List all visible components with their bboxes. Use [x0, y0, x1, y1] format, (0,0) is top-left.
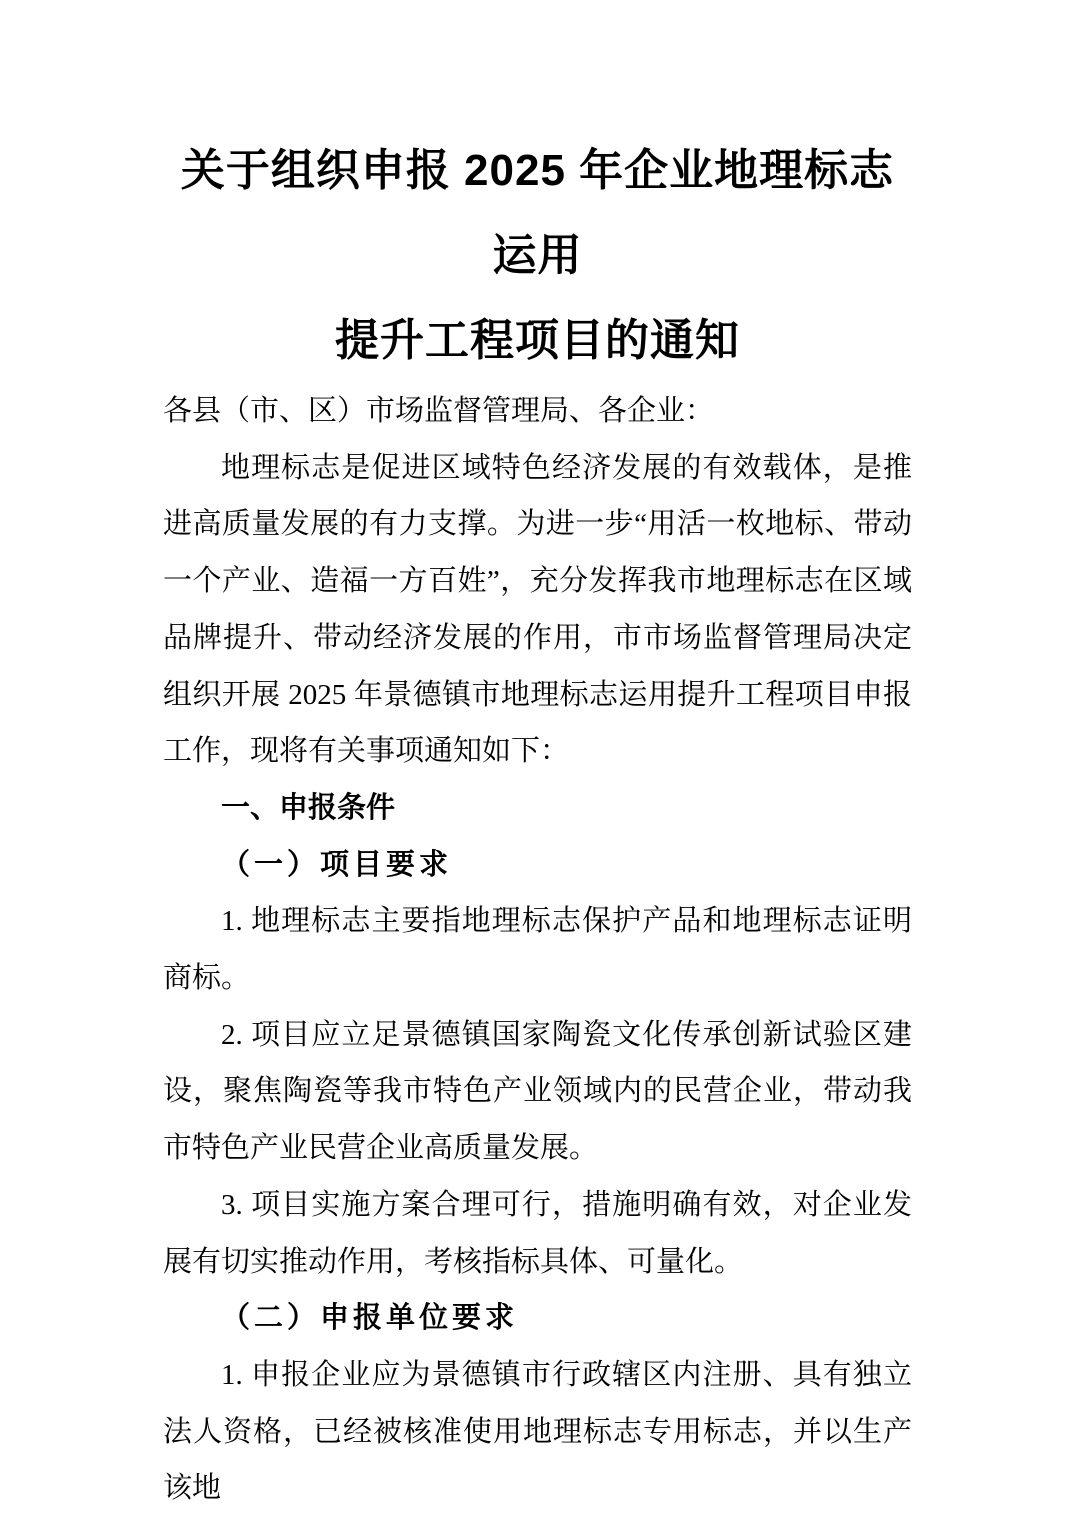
section-1-sub-2-item-1: 1. 申报企业应为景德镇市行政辖区内注册、具有独立法人资格，已经被核准使用地理标…: [163, 1347, 912, 1517]
document-body: 各县（市、区）市场监督管理局、各企业： 地理标志是促进区域特色经济发展的有效载体…: [163, 383, 912, 1517]
salutation: 各县（市、区）市场监督管理局、各企业：: [163, 383, 912, 440]
section-1-sub-2-heading: （二）申报单位要求: [163, 1290, 912, 1347]
title-line-1: 关于组织申报 2025 年企业地理标志运用: [163, 128, 912, 298]
section-1-heading: 一、申报条件: [163, 780, 912, 837]
document-title: 关于组织申报 2025 年企业地理标志运用 提升工程项目的通知: [163, 128, 912, 383]
section-1-sub-1-heading: （一）项目要求: [163, 837, 912, 894]
document-page: 关于组织申报 2025 年企业地理标志运用 提升工程项目的通知 各县（市、区）市…: [0, 0, 1074, 1520]
section-1-sub-1-item-2: 2. 项目应立足景德镇国家陶瓷文化传承创新试验区建设，聚焦陶瓷等我市特色产业领域…: [163, 1007, 912, 1177]
intro-paragraph: 地理标志是促进区域特色经济发展的有效载体，是推进高质量发展的有力支撑。为进一步“…: [163, 440, 912, 780]
section-1-sub-1-item-1: 1. 地理标志主要指地理标志保护产品和地理标志证明商标。: [163, 893, 912, 1006]
section-1-sub-1-item-3: 3. 项目实施方案合理可行，措施明确有效，对企业发展有切实推动作用，考核指标具体…: [163, 1177, 912, 1290]
title-line-2: 提升工程项目的通知: [163, 298, 912, 383]
